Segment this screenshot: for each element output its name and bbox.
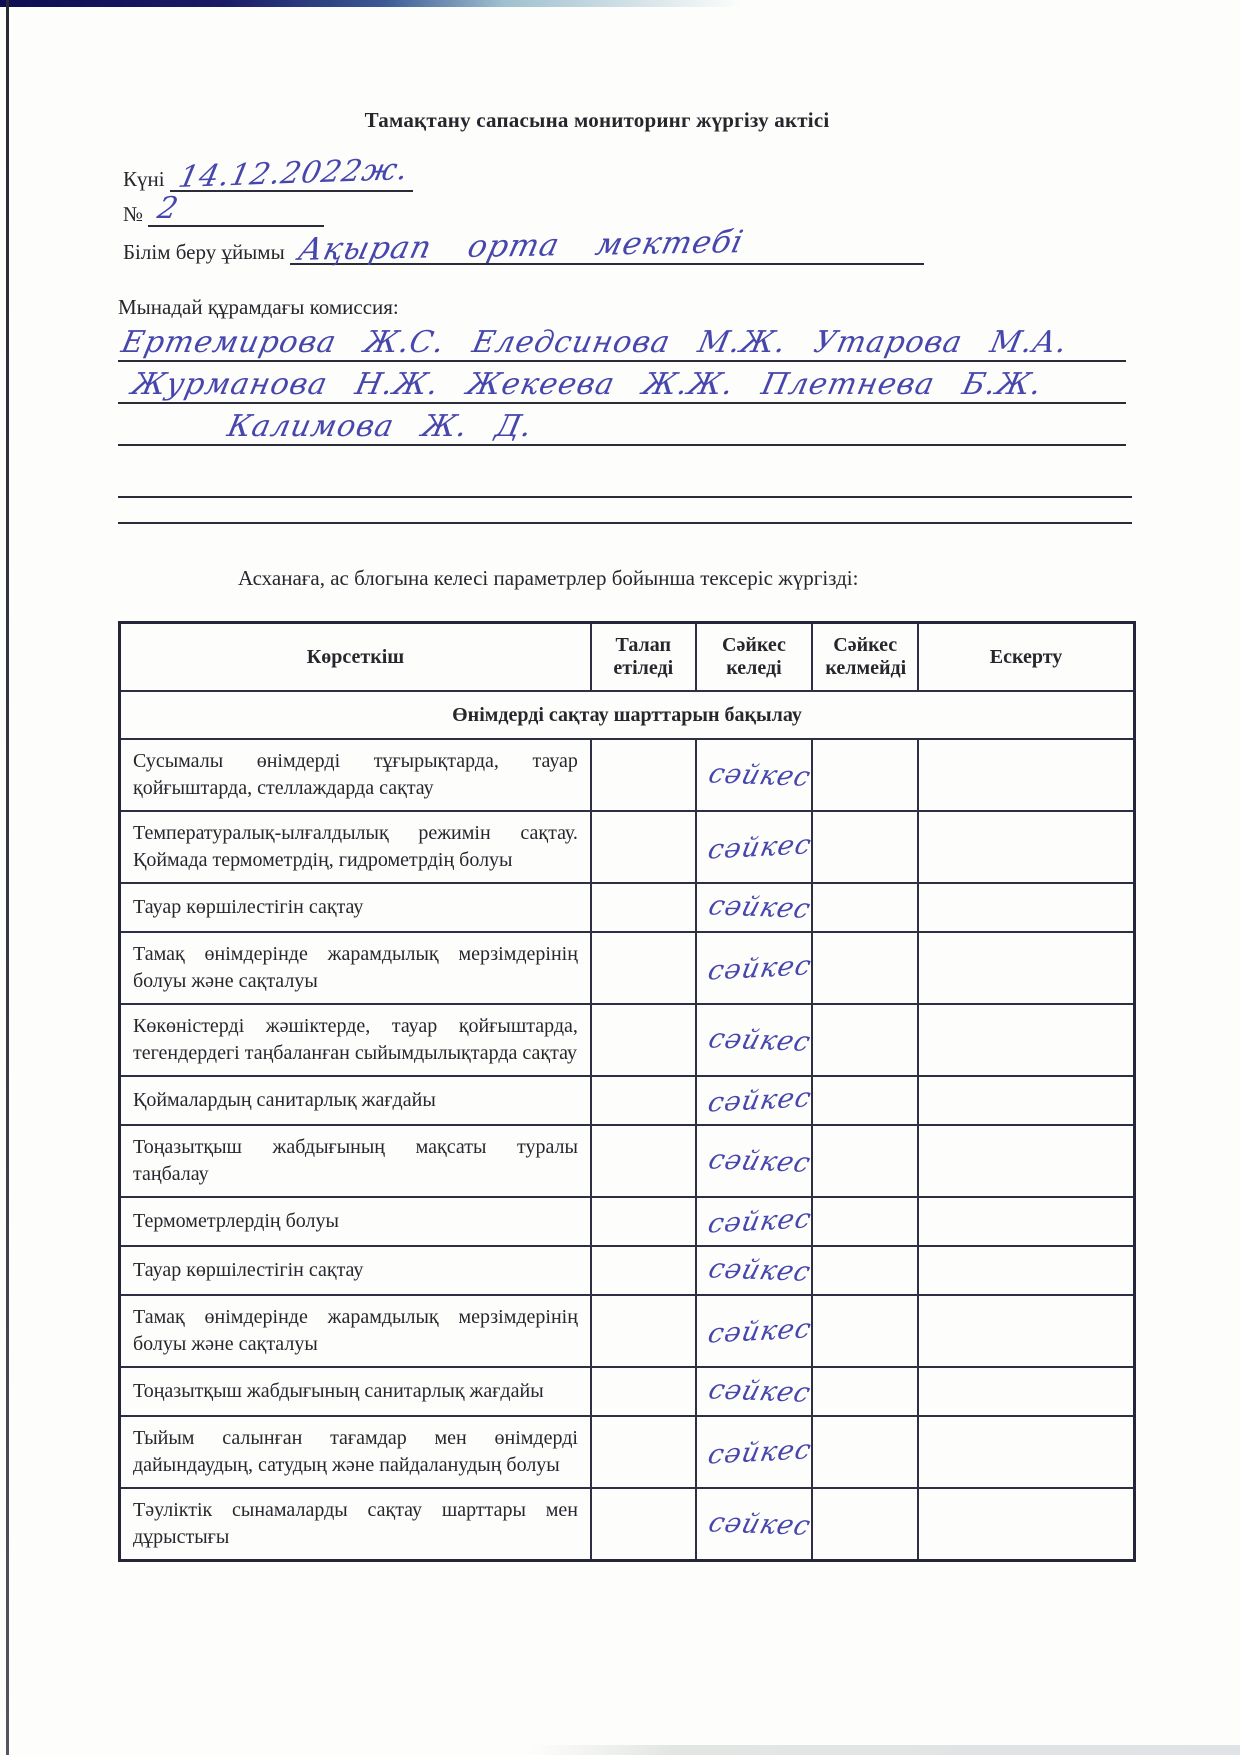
handwritten-number: 2 [155, 194, 181, 224]
commission-label: Мынадай құрамдағы комиссия: [118, 295, 1136, 320]
not-complies-cell [812, 1004, 918, 1076]
indicator-cell: Тоңазытқыш жабдығының мақсаты туралы таң… [120, 1125, 591, 1197]
handwritten-complies-mark: сәйкес [705, 1203, 812, 1239]
date-label: Күні [123, 167, 165, 191]
date-field-row: Күні 14.12.2022ж. [123, 159, 1136, 192]
not-complies-cell [812, 1246, 918, 1295]
required-cell [591, 1367, 696, 1416]
note-cell [918, 1246, 1134, 1295]
number-label: № [123, 202, 143, 226]
handwritten-complies-mark: сәйкес [705, 829, 812, 865]
handwritten-date: 14.12.2022ж. [176, 155, 412, 193]
empty-ruled-line-1 [118, 472, 1132, 498]
complies-cell: сәйкес [696, 1197, 813, 1246]
organization-underline: Ақырап орта мектебі [290, 231, 924, 265]
not-complies-cell [812, 932, 918, 1004]
table-row: Тауар көршілестігін сақтау сәйкес [120, 1246, 1135, 1295]
note-cell [918, 1295, 1134, 1367]
header-complies: Сәйкес келеді [696, 623, 813, 692]
required-cell [591, 1416, 696, 1488]
complies-cell: сәйкес [696, 1004, 813, 1076]
handwritten-commission-1: Ертемирова Ж.С. Еледсинова М.Ж. Утарова … [118, 325, 1071, 360]
table-row: Тыйым салынған тағамдар мен өнімдерді да… [120, 1416, 1135, 1488]
commission-line-2: Журманова Н.Ж. Жекеева Ж.Ж. Плетнева Б.Ж… [118, 362, 1126, 404]
indicator-cell: Қоймалардың санитарлық жағдайы [120, 1076, 591, 1125]
table-row: Температуралық-ылғалдылық режимін сақтау… [120, 811, 1135, 883]
indicator-cell: Тамақ өнімдерінде жарамдылық мерзімдерін… [120, 932, 591, 1004]
handwritten-complies-mark: сәйкес [705, 1313, 812, 1349]
handwritten-commission-2: Журманова Н.Ж. Жекеева Ж.Ж. Плетнева Б.Ж… [128, 367, 1045, 402]
number-field-row: № 2 [123, 194, 1136, 227]
commission-line-3: Калимова Ж. Д. [118, 404, 1126, 446]
handwritten-complies-mark: сәйкес [705, 1374, 813, 1409]
header-note: Ескерту [918, 623, 1134, 692]
not-complies-cell [812, 1125, 918, 1197]
complies-cell: сәйкес [696, 1125, 813, 1197]
monitoring-table-header: Көрсеткіш Талап етіледі Сәйкес келеді Сә… [120, 623, 1135, 740]
note-cell [918, 1367, 1134, 1416]
not-complies-cell [812, 1488, 918, 1561]
complies-cell: сәйкес [696, 811, 813, 883]
handwritten-complies-mark: сәйкес [705, 1023, 813, 1058]
not-complies-cell [812, 1076, 918, 1125]
not-complies-cell [812, 811, 918, 883]
handwritten-complies-mark: сәйкес [705, 1507, 813, 1542]
indicator-cell: Термометрлердің болуы [120, 1197, 591, 1246]
indicator-cell: Тауар көршілестігін сақтау [120, 883, 591, 932]
section-title: Өнімдерді сақтау шарттарын бақылау [120, 691, 1135, 739]
required-cell [591, 932, 696, 1004]
scan-edge-artifact-bottom [530, 1745, 1240, 1755]
note-cell [918, 1076, 1134, 1125]
complies-cell: сәйкес [696, 1076, 813, 1125]
indicator-cell: Көкөністерді жәшіктерде, тауар қойғыштар… [120, 1004, 591, 1076]
section-header-row: Өнімдерді сақтау шарттарын бақылау [120, 691, 1135, 739]
organization-label: Білім беру ұйымы [123, 240, 285, 264]
table-row: Тоңазытқыш жабдығының мақсаты туралы таң… [120, 1125, 1135, 1197]
complies-cell: сәйкес [696, 1295, 813, 1367]
note-cell [918, 1197, 1134, 1246]
required-cell [591, 1197, 696, 1246]
monitoring-table: Көрсеткіш Талап етіледі Сәйкес келеді Сә… [118, 621, 1136, 1562]
required-cell [591, 1246, 696, 1295]
required-cell [591, 1295, 696, 1367]
not-complies-cell [812, 1295, 918, 1367]
table-row: Көкөністерді жәшіктерде, тауар қойғыштар… [120, 1004, 1135, 1076]
indicator-cell: Тамақ өнімдерінде жарамдылық мерзімдерін… [120, 1295, 591, 1367]
document-page: Тамақтану сапасына мониторинг жүргізу ак… [118, 0, 1136, 1562]
indicator-cell: Тоңазытқыш жабдығының санитарлық жағдайы [120, 1367, 591, 1416]
header-not-complies: Сәйкес келмейді [812, 623, 918, 692]
complies-cell: сәйкес [696, 1246, 813, 1295]
complies-cell: сәйкес [696, 739, 813, 811]
header-row: Көрсеткіш Талап етіледі Сәйкес келеді Сә… [120, 623, 1135, 692]
handwritten-complies-mark: сәйкес [705, 1144, 813, 1179]
complies-cell: сәйкес [696, 883, 813, 932]
handwritten-complies-mark: сәйкес [705, 1253, 813, 1288]
scan-edge-artifact-left [6, 0, 9, 1755]
required-cell [591, 1125, 696, 1197]
complies-cell: сәйкес [696, 1367, 813, 1416]
not-complies-cell [812, 1197, 918, 1246]
required-cell [591, 883, 696, 932]
note-cell [918, 739, 1134, 811]
complies-cell: сәйкес [696, 1488, 813, 1561]
indicator-cell: Тыйым салынған тағамдар мен өнімдерді да… [120, 1416, 591, 1488]
handwritten-complies-mark: сәйкес [705, 1082, 812, 1118]
required-cell [591, 739, 696, 811]
indicator-cell: Тәуліктік сынамаларды сақтау шарттары ме… [120, 1488, 591, 1561]
page-title: Тамақтану сапасына мониторинг жүргізу ак… [118, 108, 1076, 133]
header-required: Талап етіледі [591, 623, 696, 692]
table-row: Қоймалардың санитарлық жағдайы сәйкес [120, 1076, 1135, 1125]
indicator-cell: Сусымалы өнімдерді тұғырықтарда, тауар қ… [120, 739, 591, 811]
indicator-cell: Температуралық-ылғалдылық режимін сақтау… [120, 811, 591, 883]
note-cell [918, 932, 1134, 1004]
complies-cell: сәйкес [696, 932, 813, 1004]
empty-ruled-line-2 [118, 498, 1132, 524]
table-row: Тәуліктік сынамаларды сақтау шарттары ме… [120, 1488, 1135, 1561]
required-cell [591, 811, 696, 883]
not-complies-cell [812, 1416, 918, 1488]
header-indicator: Көрсеткіш [120, 623, 591, 692]
note-cell [918, 1416, 1134, 1488]
note-cell [918, 1125, 1134, 1197]
note-cell [918, 811, 1134, 883]
note-cell [918, 1004, 1134, 1076]
handwritten-complies-mark: сәйкес [705, 890, 813, 925]
handwritten-complies-mark: сәйкес [705, 950, 812, 986]
monitoring-table-body: Сусымалы өнімдерді тұғырықтарда, тауар қ… [120, 739, 1135, 1561]
indicator-cell: Тауар көршілестігін сақтау [120, 1246, 591, 1295]
date-underline: 14.12.2022ж. [170, 159, 413, 192]
table-row: Термометрлердің болуы сәйкес [120, 1197, 1135, 1246]
table-row: Сусымалы өнімдерді тұғырықтарда, тауар қ… [120, 739, 1135, 811]
not-complies-cell [812, 1367, 918, 1416]
number-underline: 2 [148, 194, 324, 227]
table-row: Тауар көршілестігін сақтау сәйкес [120, 883, 1135, 932]
organization-field-row: Білім беру ұйымы Ақырап орта мектебі [123, 231, 1136, 265]
not-complies-cell [812, 739, 918, 811]
handwritten-commission-3: Калимова Ж. Д. [224, 409, 536, 444]
complies-cell: сәйкес [696, 1416, 813, 1488]
required-cell [591, 1004, 696, 1076]
handwritten-complies-mark: сәйкес [705, 1434, 812, 1470]
intro-paragraph: Асханаға, ас блогына келесі параметрлер … [238, 566, 1096, 591]
handwritten-complies-mark: сәйкес [705, 758, 813, 793]
not-complies-cell [812, 883, 918, 932]
table-row: Тамақ өнімдерінде жарамдылық мерзімдерін… [120, 932, 1135, 1004]
note-cell [918, 883, 1134, 932]
required-cell [591, 1076, 696, 1125]
handwritten-organization: Ақырап орта мектебі [295, 227, 746, 266]
required-cell [591, 1488, 696, 1561]
table-row: Тоңазытқыш жабдығының санитарлық жағдайы… [120, 1367, 1135, 1416]
note-cell [918, 1488, 1134, 1561]
table-row: Тамақ өнімдерінде жарамдылық мерзімдерін… [120, 1295, 1135, 1367]
commission-line-1: Ертемирова Ж.С. Еледсинова М.Ж. Утарова … [118, 320, 1126, 362]
